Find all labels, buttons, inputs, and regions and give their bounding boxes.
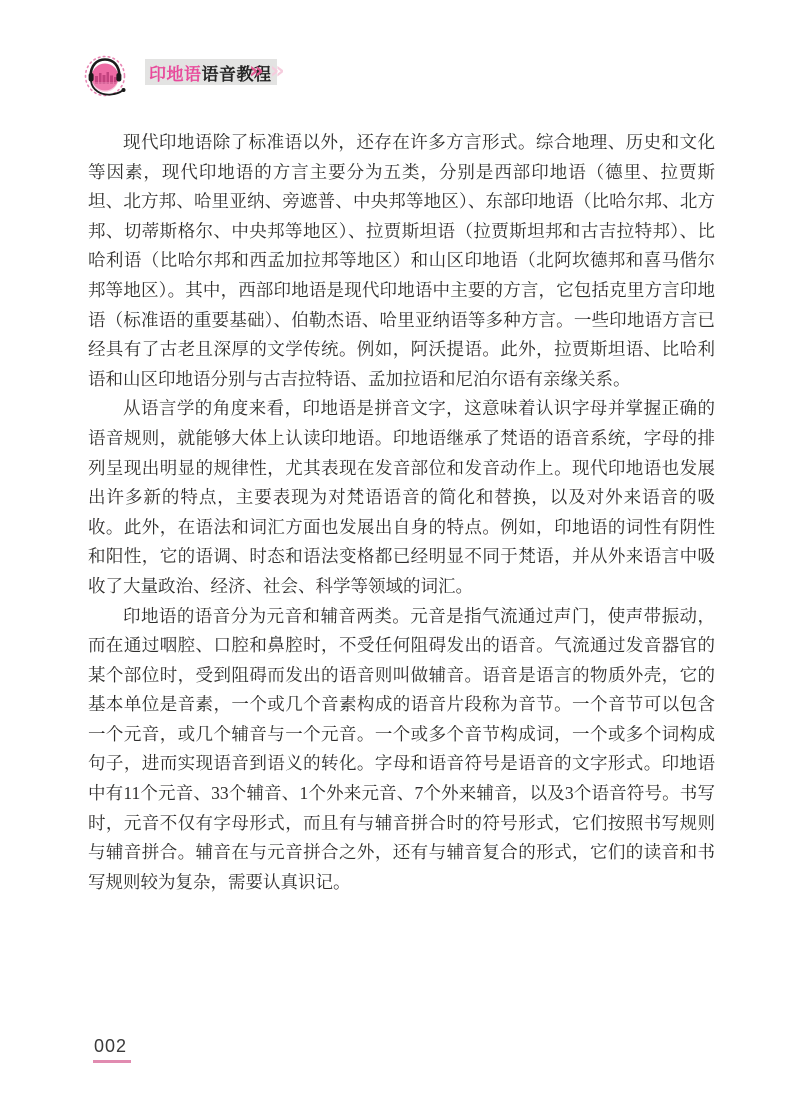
paragraph-phonetic-system: 从语言学的角度来看，印地语是拼音文字，这意味着认识字母并掌握正确的语音规则，就能… bbox=[88, 394, 715, 601]
book-page: 印地语语音教程 » » 现代印地语除了标准语以外，还存在许多方言形式。综合地理、… bbox=[0, 0, 800, 1113]
body-text: 现代印地语除了标准语以外，还存在许多方言形式。综合地理、历史和文化等因素，现代印… bbox=[88, 128, 715, 897]
headset-microphone-logo-icon bbox=[83, 52, 129, 102]
header-chevrons: » » bbox=[249, 56, 285, 86]
page-number-rule bbox=[93, 1060, 131, 1063]
chevron-right-icon: » bbox=[249, 58, 264, 84]
header-title-highlight: 印地语 bbox=[149, 60, 202, 85]
paragraph-vowels-consonants: 印地语的语音分为元音和辅音两类。元音是指气流通过声门，使声带振动，而在通过咽腔、… bbox=[88, 602, 715, 898]
paragraph-dialects: 现代印地语除了标准语以外，还存在许多方言形式。综合地理、历史和文化等因素，现代印… bbox=[88, 128, 715, 394]
chevron-right-faded-icon: » bbox=[270, 58, 285, 84]
page-number: 002 bbox=[94, 1036, 127, 1057]
